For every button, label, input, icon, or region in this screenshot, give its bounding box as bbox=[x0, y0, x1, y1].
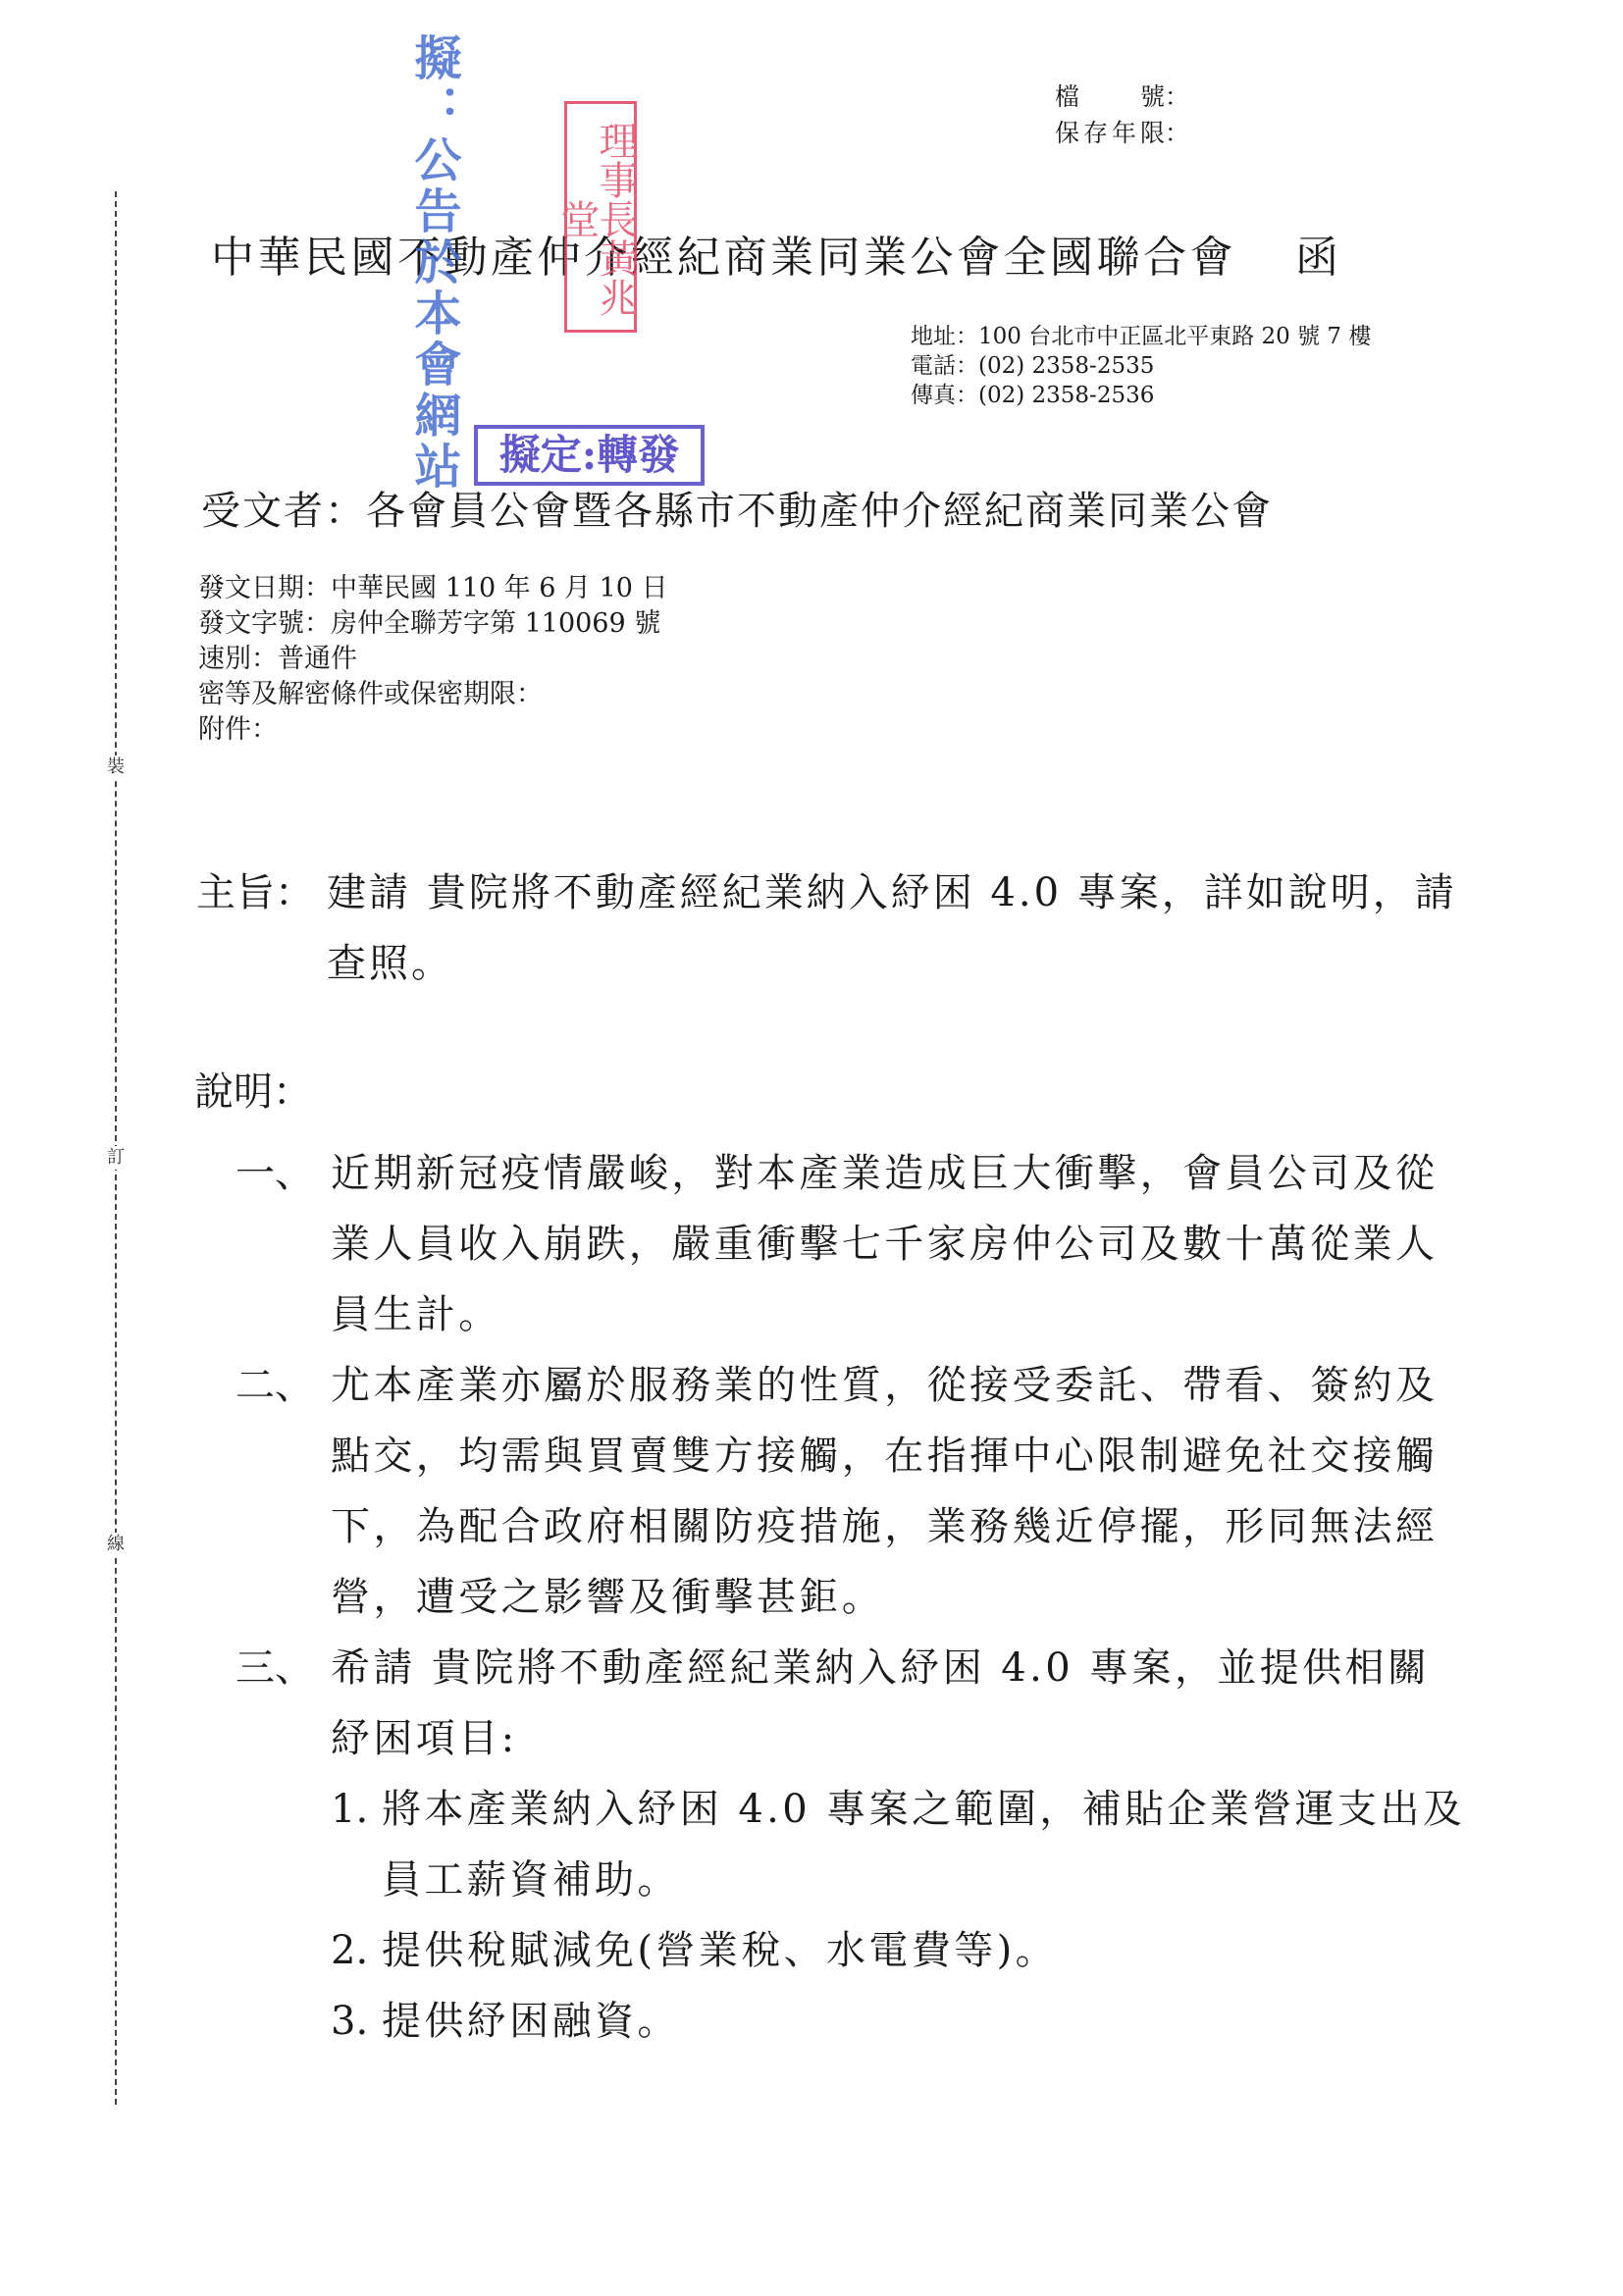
file-number-label: 檔號 bbox=[1055, 78, 1165, 115]
relief-subitems: 1. 將本產業納入紓困 4.0 專案之範圍，補貼企業營運支出及員工薪資補助。 2… bbox=[331, 1774, 1472, 2057]
subitem: 3. 提供紓困融資。 bbox=[331, 1986, 1472, 2057]
org-name: 中華民國不動產仲介經紀商業同業公會全國聯合會 bbox=[211, 233, 1236, 283]
item-number: 一、 bbox=[236, 1138, 331, 1350]
file-meta: 檔號： 保存年限： bbox=[1055, 78, 1189, 151]
classification: 密等及解密條件或保密期限： bbox=[198, 677, 668, 712]
chairman-seal-stamp: 理事長黃兆堂 bbox=[564, 101, 637, 333]
subitem-number: 3. bbox=[331, 1986, 382, 2057]
subitem-text: 提供紓困融資。 bbox=[382, 1986, 1469, 2057]
item-text: 近期新冠疫情嚴峻，對本產業造成巨大衝擊，會員公司及從業人員收入崩跌，嚴重衝擊七千… bbox=[331, 1138, 1469, 1350]
approval-stamp-vertical: 擬：公告於本會網站 bbox=[404, 33, 459, 493]
subitem: 1. 將本產業納入紓困 4.0 專案之範圍，補貼企業營運支出及員工薪資補助。 bbox=[331, 1774, 1472, 1915]
binding-mark-ding: 訂 bbox=[104, 1146, 128, 1170]
attachments: 附件： bbox=[198, 712, 668, 748]
item-text: 希請 貴院將不動產經紀業納入紓困 4.0 專案，並提供相關紓困項目: bbox=[331, 1633, 1469, 1774]
explanation-label: 說明： bbox=[194, 1070, 312, 1115]
document-title: 中華民國不動產仲介經紀商業同業公會全國聯合會函 bbox=[211, 234, 1342, 283]
issue-date: 發文日期：中華民國 110 年 6 月 10 日 bbox=[198, 571, 668, 606]
urgency: 速別：普通件 bbox=[198, 642, 668, 677]
explanation-item: 二、 尤本產業亦屬於服務業的性質，從接受委託、帶看、簽約及點交，均需與買賣雙方接… bbox=[236, 1350, 1472, 1633]
fax: 傳真：(02) 2358-2536 bbox=[911, 381, 1371, 410]
doc-type: 函 bbox=[1295, 233, 1342, 283]
subitem-text: 將本產業納入紓困 4.0 專案之範圍，補貼企業營運支出及員工薪資補助。 bbox=[382, 1774, 1469, 1915]
item-number: 三、 bbox=[236, 1633, 331, 1774]
colon: ： bbox=[1165, 115, 1189, 151]
explanation-item: 三、 希請 貴院將不動產經紀業納入紓困 4.0 專案，並提供相關紓困項目: bbox=[236, 1633, 1472, 1774]
meta-fields: 發文日期：中華民國 110 年 6 月 10 日 發文字號：房仲全聯芳字第 11… bbox=[198, 571, 668, 748]
recipient: 受文者：各會員公會暨各縣市不動產仲介經紀商業同業公會 bbox=[201, 489, 1273, 534]
contact-block: 地址：100 台北市中正區北平東路 20 號 7 樓 電話：(02) 2358-… bbox=[911, 322, 1371, 410]
binding-mark-zhuang: 裝 bbox=[104, 756, 128, 779]
subject: 主旨：建請 貴院將不動產經紀業納入紓困 4.0 專案，詳如說明，請查照。 bbox=[196, 858, 1472, 999]
explanation-item: 一、 近期新冠疫情嚴峻，對本產業造成巨大衝擊，會員公司及從業人員收入崩跌，嚴重衝… bbox=[236, 1138, 1472, 1350]
colon: ： bbox=[1165, 78, 1189, 115]
phone: 電話：(02) 2358-2535 bbox=[911, 351, 1371, 381]
binding-mark-xian: 線 bbox=[104, 1533, 128, 1556]
retention-row: 保存年限： bbox=[1055, 115, 1189, 151]
issue-number: 發文字號：房仲全聯芳字第 110069 號 bbox=[198, 606, 668, 642]
subitem-number: 1. bbox=[331, 1774, 382, 1915]
retention-label: 保存年限 bbox=[1055, 115, 1165, 151]
subitem-number: 2. bbox=[331, 1915, 382, 1986]
item-number: 二、 bbox=[236, 1350, 331, 1633]
address: 地址：100 台北市中正區北平東路 20 號 7 樓 bbox=[911, 322, 1371, 351]
subitem-text: 提供稅賦減免(營業稅、水電費等)。 bbox=[382, 1915, 1469, 1986]
subject-label: 主旨： bbox=[196, 858, 327, 928]
decision-stamp: 擬定:轉發 bbox=[474, 425, 705, 486]
subject-text: 建請 貴院將不動產經紀業納入紓困 4.0 專案，詳如說明，請查照。 bbox=[327, 858, 1470, 999]
file-number-row: 檔號： bbox=[1055, 78, 1189, 115]
subitem: 2. 提供稅賦減免(營業稅、水電費等)。 bbox=[331, 1915, 1472, 1986]
item-text: 尤本產業亦屬於服務業的性質，從接受委託、帶看、簽約及點交，均需與買賣雙方接觸，在… bbox=[331, 1350, 1469, 1633]
explanation: 一、 近期新冠疫情嚴峻，對本產業造成巨大衝擊，會員公司及從業人員收入崩跌，嚴重衝… bbox=[236, 1138, 1472, 2057]
